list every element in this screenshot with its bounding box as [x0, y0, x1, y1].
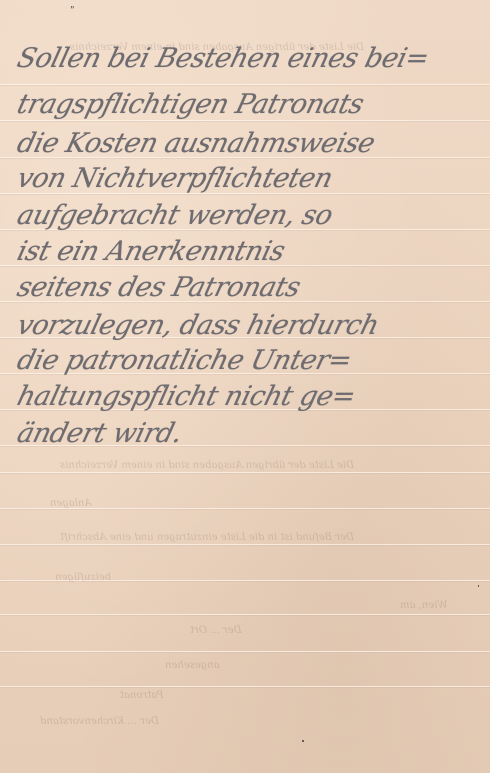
ruled-line	[0, 84, 490, 85]
ruled-line	[0, 686, 490, 687]
show-through-text: Der ... Kirchenvorstand	[40, 716, 159, 727]
ruled-line	[0, 472, 490, 473]
show-through-text: Der Befund ist in die Liste einzutragen …	[60, 532, 354, 543]
paper-speck	[302, 740, 304, 742]
handwritten-line: tragspflichtigen Patronats	[14, 89, 478, 120]
manuscript-page: Die Liste der übrigen Ausgaben sind in e…	[0, 0, 490, 773]
ruled-line	[0, 120, 490, 121]
show-through-text: Die Liste der übrigen Ausgaben sind in e…	[60, 460, 354, 471]
handwritten-line: ändert wird.	[14, 418, 478, 449]
show-through-text: Patronat	[120, 690, 163, 701]
ruled-line	[0, 614, 490, 615]
handwritten-line: vorzulegen, dass hierdurch	[14, 310, 478, 341]
handwritten-line: ist ein Anerkenntnis	[14, 236, 478, 267]
top-mark: ʺ	[70, 6, 75, 17]
show-through-text: Wien, am	[400, 600, 447, 611]
paper-speck	[478, 585, 479, 587]
show-through-text: Der ... Ort	[190, 625, 242, 636]
handwritten-line: haltungspflicht nicht ge=	[14, 381, 478, 412]
handwritten-line: von Nichtverpflichteten	[14, 163, 478, 194]
handwritten-line: seitens des Patronats	[14, 272, 478, 303]
show-through-text: beizufügen	[55, 572, 111, 583]
show-through-text: angesehen	[165, 660, 220, 671]
ruled-line	[0, 544, 490, 545]
handwritten-line: Sollen bei Bestehen eines bei=	[14, 43, 478, 74]
handwritten-line: aufgebracht werden, so	[14, 200, 478, 231]
handwritten-line: die Kosten ausnahmsweise	[14, 128, 478, 159]
ruled-line	[0, 651, 490, 652]
show-through-text: Anlagen	[50, 498, 92, 509]
handwritten-line: die patronatliche Unter=	[14, 345, 478, 376]
